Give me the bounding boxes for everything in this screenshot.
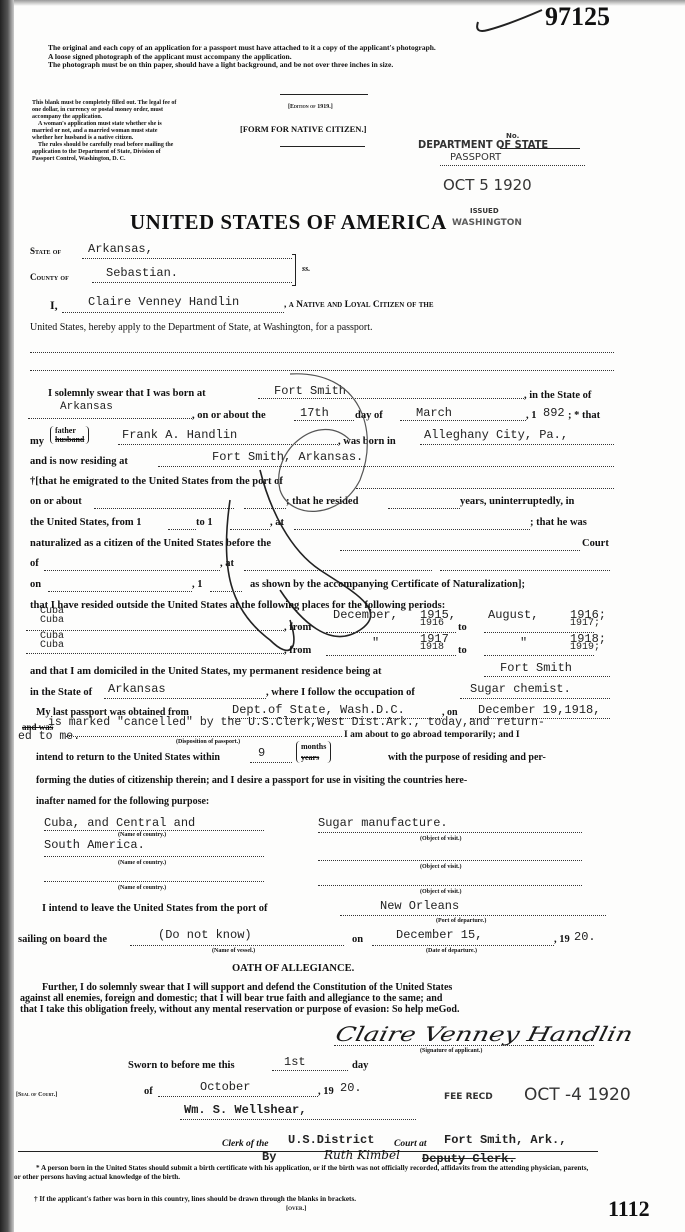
- day-of-label: day of: [355, 410, 383, 421]
- departure-year: 20.: [574, 930, 596, 944]
- from-label: , from: [284, 645, 311, 656]
- fill-line: [420, 444, 614, 445]
- fill-line: [326, 655, 456, 656]
- born-in-label: , was born in: [338, 436, 396, 447]
- instruction-fee: This blank must be completely filled out…: [32, 100, 177, 121]
- passport-obtained-from: Dept.of State, Wash.D.C.: [232, 703, 405, 717]
- vessel-caption: (Name of vessel.): [212, 948, 255, 954]
- stamp-line: [440, 165, 585, 166]
- received-stamp-date: OCT 5 1920: [443, 176, 532, 194]
- fill-line: [272, 1070, 348, 1071]
- return-purpose-text: with the purpose of residing and per-: [388, 752, 546, 763]
- destination-country: Cuba, and Central and: [44, 816, 195, 830]
- page-title: UNITED STATES OF AMERICA: [130, 210, 447, 235]
- official-name: Wm. S. Wellshear,: [184, 1103, 306, 1117]
- divider: [280, 146, 365, 147]
- father-husband-selector: father husband: [50, 426, 89, 444]
- object-caption: (Object of visit.): [420, 889, 462, 895]
- fill-line: [318, 860, 582, 861]
- fill-line: [26, 630, 284, 631]
- fill-line: [294, 529, 530, 530]
- oath-heading: OATH OF ALLEGIANCE.: [232, 963, 354, 974]
- fill-line: [318, 832, 582, 833]
- fill-line: [388, 508, 460, 509]
- from-label: the United States, from 1: [30, 517, 142, 528]
- birth-state: Arkansas: [60, 401, 113, 413]
- instructions-block: This blank must be completely filled out…: [32, 100, 177, 163]
- abroad-place: Cuba: [40, 641, 64, 651]
- sworn-label: Sworn to before me this: [128, 1060, 235, 1071]
- naturalized-label: naturalized as a citizen of the United S…: [30, 538, 271, 549]
- deputy-signature: Ruth Kimbel: [324, 1148, 400, 1162]
- shown-by-label: as shown by the accompanying Certificate…: [250, 579, 525, 590]
- declaration-line2: United States, hereby apply to the Depar…: [30, 322, 373, 333]
- destination-country: South America.: [44, 838, 145, 852]
- on-label: on: [352, 934, 363, 945]
- seal-of-court-label: [Seal of Court.]: [16, 1092, 57, 1098]
- to-label: to 1: [196, 517, 213, 528]
- received-stamp-department: DEPARTMENT OF STATE: [418, 138, 548, 151]
- oath-line: that I take this obligation freely, with…: [20, 1004, 459, 1015]
- emigrated-label: †[that he emigrated to the United States…: [30, 476, 283, 487]
- fill-line: [92, 282, 292, 283]
- years-option: years: [301, 752, 326, 763]
- over-label: [over.]: [286, 1205, 306, 1212]
- fill-line: [44, 881, 264, 882]
- fill-line: [440, 570, 610, 571]
- occupation-label: , where I follow the occupation of: [266, 687, 415, 698]
- abroad-to-month: ": [520, 636, 527, 650]
- departure-date: December 15,: [396, 928, 482, 942]
- stamp-no-label: No.: [506, 132, 519, 140]
- abroad-from-year: 1916: [420, 618, 444, 629]
- fee-received-stamp: FEE RECD: [444, 1092, 493, 1102]
- object-caption: (Object of visit.): [420, 836, 462, 842]
- to-label: to: [458, 645, 467, 656]
- fill-line: [48, 591, 192, 592]
- birthplace: Fort Smith: [274, 384, 346, 398]
- husband-option: husband: [55, 435, 84, 444]
- fill-line: [484, 676, 610, 677]
- county-value: Sebastian.: [106, 266, 178, 280]
- edition-label: [Edition of 1919.]: [288, 104, 333, 110]
- passport-application-page: 97125 The original and each copy of an a…: [0, 0, 685, 1232]
- months-years-selector: months years: [296, 741, 331, 763]
- signature-line: [334, 1045, 594, 1046]
- father-residence: Fort Smith, Arkansas.: [212, 450, 363, 464]
- passport-disposition: is marked "cancelled" by the U.S.Clerk,W…: [48, 716, 545, 729]
- fill-line: [340, 550, 580, 551]
- fill-line: [250, 762, 292, 763]
- vessel-name: (Do not know): [158, 928, 252, 942]
- fill-line: [258, 398, 524, 399]
- day-label: day: [352, 1060, 368, 1071]
- fill-line: [30, 370, 614, 371]
- fill-line: [26, 653, 284, 654]
- abroad-from-month: ": [372, 636, 379, 650]
- sworn-day: 1st: [284, 1055, 306, 1069]
- on-label: on: [30, 579, 41, 590]
- photo-notice: The original and each copy of an applica…: [48, 44, 436, 70]
- fill-line: [44, 830, 264, 831]
- fill-line: [400, 420, 526, 421]
- father-name: Frank A. Handlin: [122, 428, 237, 442]
- fill-line: [356, 488, 614, 489]
- abroad-text: I am about to go abroad temporarily; and…: [344, 730, 520, 740]
- country-caption: (Name of country.): [118, 860, 166, 866]
- fill-line: [28, 418, 192, 419]
- my-label: my: [30, 436, 44, 447]
- departure-port: New Orleans: [380, 899, 459, 913]
- declaration-prefix: I,: [50, 298, 58, 313]
- year-prefix: , 1: [526, 410, 537, 421]
- fill-line: [168, 529, 196, 530]
- issued-stamp: ISSUED: [470, 207, 499, 215]
- abroad-place: Cuba: [40, 616, 64, 626]
- object-caption: (Object of visit.): [420, 864, 462, 870]
- declaration-suffix: , a Native and Loyal Citizen of the: [284, 300, 434, 310]
- fill-line: [460, 698, 610, 699]
- applicant-signature: Claire Venney Handlin: [333, 1022, 635, 1046]
- page-number: 1112: [608, 1196, 650, 1222]
- country-caption: (Name of country.): [118, 885, 166, 891]
- court-label: Court: [582, 538, 609, 549]
- residing-label: and is now residing at: [30, 456, 128, 467]
- of-label: of: [144, 1086, 153, 1097]
- stamp-line: [500, 148, 580, 149]
- destination-object: Sugar manufacture.: [318, 816, 448, 830]
- fill-line: [484, 655, 594, 656]
- abroad-from-month: December,: [333, 608, 398, 622]
- date-caption: (Date of departure.): [426, 948, 477, 954]
- fill-line: [118, 444, 338, 445]
- received-stamp-passport: PASSPORT: [450, 152, 501, 163]
- fill-line: [340, 915, 606, 916]
- of-label: of: [30, 558, 39, 569]
- return-intend-label: intend to return to the United States wi…: [36, 752, 220, 763]
- from-label: , from: [284, 622, 311, 633]
- abroad-from-year: 1918: [420, 642, 444, 653]
- fee-received-date: OCT -4 1920: [524, 1085, 631, 1105]
- fill-line: [244, 570, 432, 571]
- vessel-label: sailing on board the: [18, 934, 107, 945]
- fill-line: [158, 466, 614, 467]
- divider: [280, 94, 368, 95]
- return-duration: 9: [258, 746, 265, 760]
- instruction-woman: A woman's application must state whether…: [32, 121, 177, 142]
- fill-line: [244, 508, 286, 509]
- instruction-rules: The rules should be carefully read befor…: [32, 142, 177, 163]
- year-prefix: , 1: [192, 579, 203, 590]
- fill-line: [158, 1096, 318, 1097]
- return-line3: inafter named for the following purpose:: [36, 796, 209, 807]
- fill-line: [230, 529, 270, 530]
- port-caption: (Port of departure.): [436, 918, 486, 924]
- domicile-intro: and that I am domiciled in the United St…: [30, 666, 382, 677]
- scan-edge-left: [0, 0, 14, 1232]
- fill-line: [44, 856, 264, 857]
- occupation: Sugar chemist.: [470, 682, 571, 696]
- last-passport-date: December 19,1918,: [478, 703, 600, 717]
- fill-line: [66, 736, 342, 737]
- bracket: [292, 254, 296, 286]
- resided-label: ; that he resided: [286, 496, 358, 507]
- county-label: County of: [30, 272, 69, 282]
- court-name: U.S.District: [288, 1133, 374, 1147]
- court-location: Fort Smith, Ark.,: [444, 1133, 566, 1147]
- return-line2: forming the duties of citizenship therei…: [36, 775, 467, 786]
- fill-line: [318, 885, 582, 886]
- fill-line: [180, 1119, 416, 1120]
- abroad-to-year: 1919;: [570, 642, 600, 653]
- father-birthplace: Alleghany City, Pa.,: [424, 428, 568, 442]
- ss-label: ss.: [302, 264, 310, 273]
- that-he-was-label: ; that he was: [530, 517, 587, 528]
- oath-line: Further, I do solemnly swear that I will…: [20, 982, 459, 993]
- footnote-father-born: † If the applicant's father was born in …: [34, 1195, 356, 1203]
- fill-line: [294, 420, 354, 421]
- notice-line: The photograph must be on thin paper, sh…: [48, 61, 436, 70]
- fill-line: [82, 258, 292, 259]
- birth-year: 892: [543, 406, 565, 420]
- on-or-about-label: on or about: [30, 496, 82, 507]
- oath-line: against all enemies, foreign and domesti…: [20, 993, 459, 1004]
- year-prefix: , 19: [318, 1086, 334, 1097]
- at-label: , at: [270, 517, 284, 528]
- sworn-year: 20.: [340, 1081, 362, 1095]
- years-label: years, uninterruptedly, in: [460, 496, 574, 507]
- oath-text: Further, I do solemnly swear that I will…: [20, 982, 459, 1015]
- permanent-residence: Fort Smith: [500, 661, 572, 675]
- disposition-caption: (Disposition of passport.): [176, 739, 240, 745]
- birth-day: 17th: [300, 406, 329, 420]
- applicant-name: Claire Venney Handlin: [88, 295, 239, 309]
- fill-line: [62, 312, 284, 313]
- domicile-state: Arkansas: [108, 682, 166, 696]
- by-label: By: [262, 1150, 276, 1164]
- state-value: Arkansas,: [88, 242, 153, 256]
- months-option: months: [301, 741, 326, 752]
- to-label: to: [458, 622, 467, 633]
- footnote-birth-certificate: * A person born in the United States sho…: [14, 1164, 594, 1181]
- port-label: I intend to leave the United States from…: [42, 903, 268, 914]
- domicile-state-label: in the State of: [30, 687, 92, 698]
- abroad-to-year: 1917;: [570, 618, 600, 629]
- issued-stamp-place: WASHINGTON: [452, 218, 522, 228]
- fill-line: [372, 945, 554, 946]
- abroad-to-month: August,: [488, 608, 538, 622]
- form-type-label: [FORM FOR NATIVE CITIZEN.]: [240, 124, 366, 134]
- fill-line: [130, 945, 344, 946]
- state-of-label: , in the State of: [524, 390, 591, 401]
- birth-intro: I solemnly swear that I was born at: [48, 388, 206, 399]
- fill-line: [30, 352, 614, 353]
- clerk-of-the-label: Clerk of the: [222, 1139, 268, 1149]
- sworn-month: October: [200, 1080, 250, 1094]
- fill-line: [104, 698, 266, 699]
- check-mark-icon: [470, 6, 550, 36]
- fill-line: [94, 508, 234, 509]
- that-label: ; * that: [568, 410, 600, 421]
- year-prefix: , 19: [554, 934, 570, 945]
- at-label: , at: [220, 558, 234, 569]
- signature-caption: (Signature of applicant.): [420, 1048, 482, 1054]
- father-option: father: [55, 426, 84, 435]
- fill-line: [44, 570, 220, 571]
- on-or-about-label: , on or about the: [192, 410, 266, 421]
- state-label: State of: [30, 246, 61, 256]
- fill-line: [210, 591, 242, 592]
- birth-month: March: [416, 406, 452, 420]
- file-number: 97125: [545, 2, 610, 32]
